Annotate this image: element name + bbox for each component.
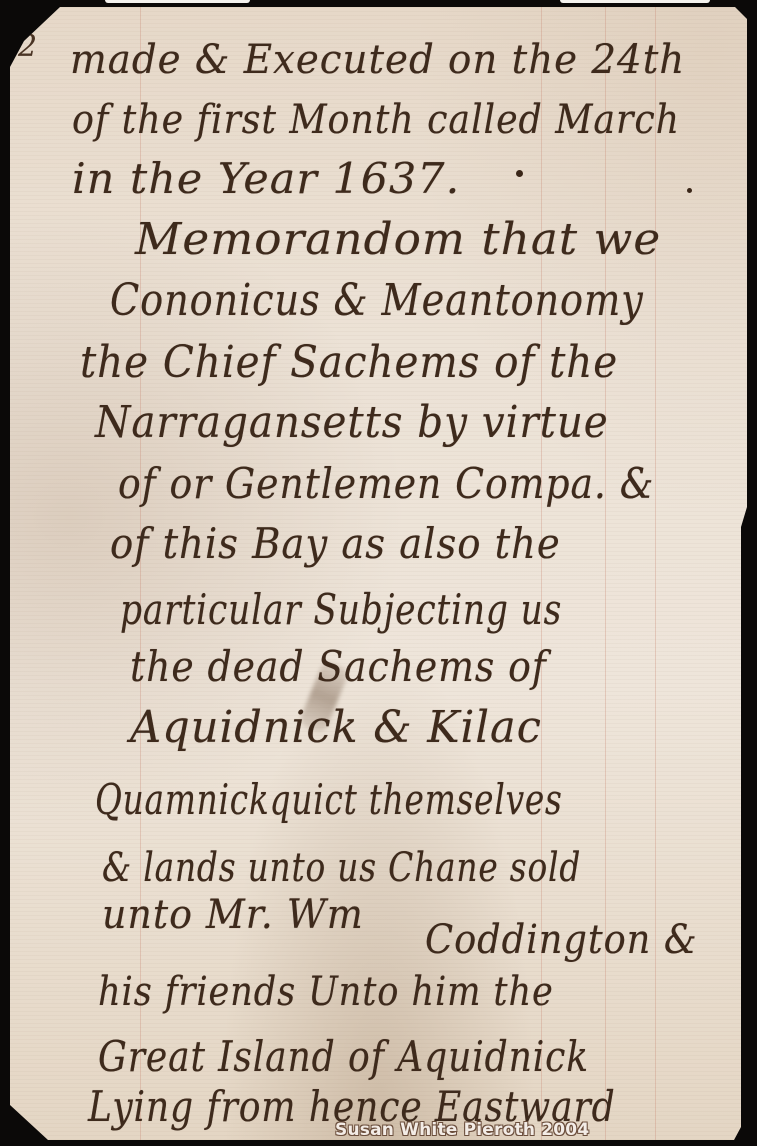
- manuscript-line: Narragansetts by virtue: [95, 397, 609, 448]
- manuscript-line: unto Mr. Wm: [102, 892, 364, 938]
- manuscript-line: Quamnickquict themselves: [95, 775, 563, 824]
- manuscript-line: Great Island of Aquidnick: [98, 1032, 589, 1081]
- ink-dot: [516, 170, 523, 177]
- ruled-line: [655, 7, 656, 1140]
- manuscript-line: Memorandom that we: [135, 214, 661, 265]
- manuscript-line: particular Subjecting us: [120, 585, 562, 634]
- manuscript-line: of the first Month called March: [72, 97, 680, 143]
- manuscript-line: & lands unto us Chane sold: [102, 845, 581, 891]
- manuscript-line: his friends Unto him the: [98, 969, 554, 1015]
- copyright-watermark: Susan White Pieroth 2004: [335, 1120, 589, 1140]
- ruled-line: [605, 7, 606, 1140]
- manuscript-line: Aquidnick & Kilac: [130, 702, 542, 753]
- ink-dot: [687, 188, 692, 193]
- manuscript-line: of this Bay as also the: [110, 519, 561, 568]
- scanned-document: 2 made & Executed on the 24th of the fir…: [0, 0, 757, 1146]
- manuscript-line: made & Executed on the 24th: [70, 37, 685, 83]
- manuscript-line: Coddington &: [425, 917, 698, 963]
- manuscript-line: Cononicus & Meantonomy: [110, 275, 644, 326]
- manuscript-line: the Chief Sachems of the: [80, 337, 618, 388]
- mounting-tab-left: [105, 0, 250, 3]
- manuscript-line: in the Year 1637.: [72, 154, 460, 203]
- mounting-tab-right: [560, 0, 710, 3]
- manuscript-line: the dead Sachems of: [130, 642, 547, 691]
- manuscript-line: of or Gentlemen Compa. &: [118, 459, 654, 508]
- manuscript-page: 2 made & Executed on the 24th of the fir…: [10, 7, 747, 1140]
- page-number: 2: [18, 29, 37, 64]
